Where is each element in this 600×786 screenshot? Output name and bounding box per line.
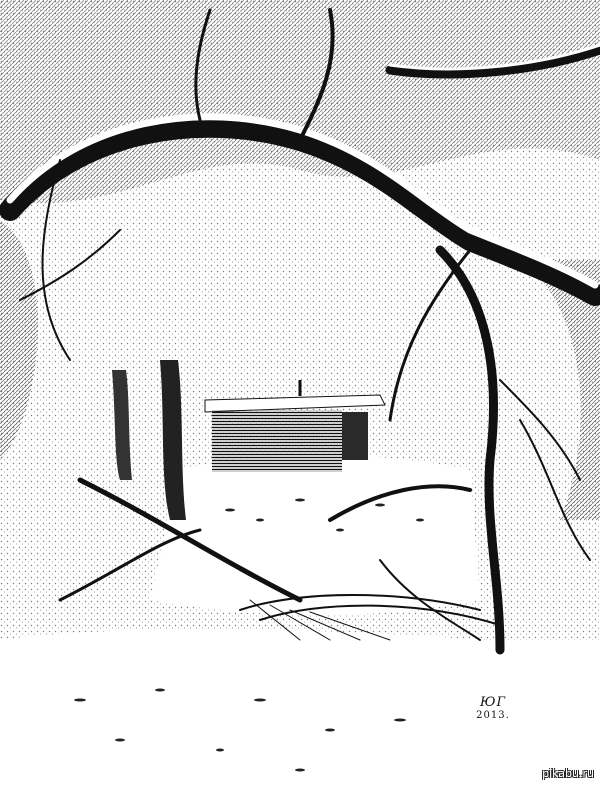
signature-year: 2013. xyxy=(468,710,518,722)
signature-monogram: ЮГ xyxy=(468,696,518,710)
artist-signature: ЮГ 2013. xyxy=(468,696,518,722)
snow-clearing xyxy=(150,455,480,615)
watermark: pikabu.ru xyxy=(542,767,594,780)
ink-drawing xyxy=(0,0,600,786)
